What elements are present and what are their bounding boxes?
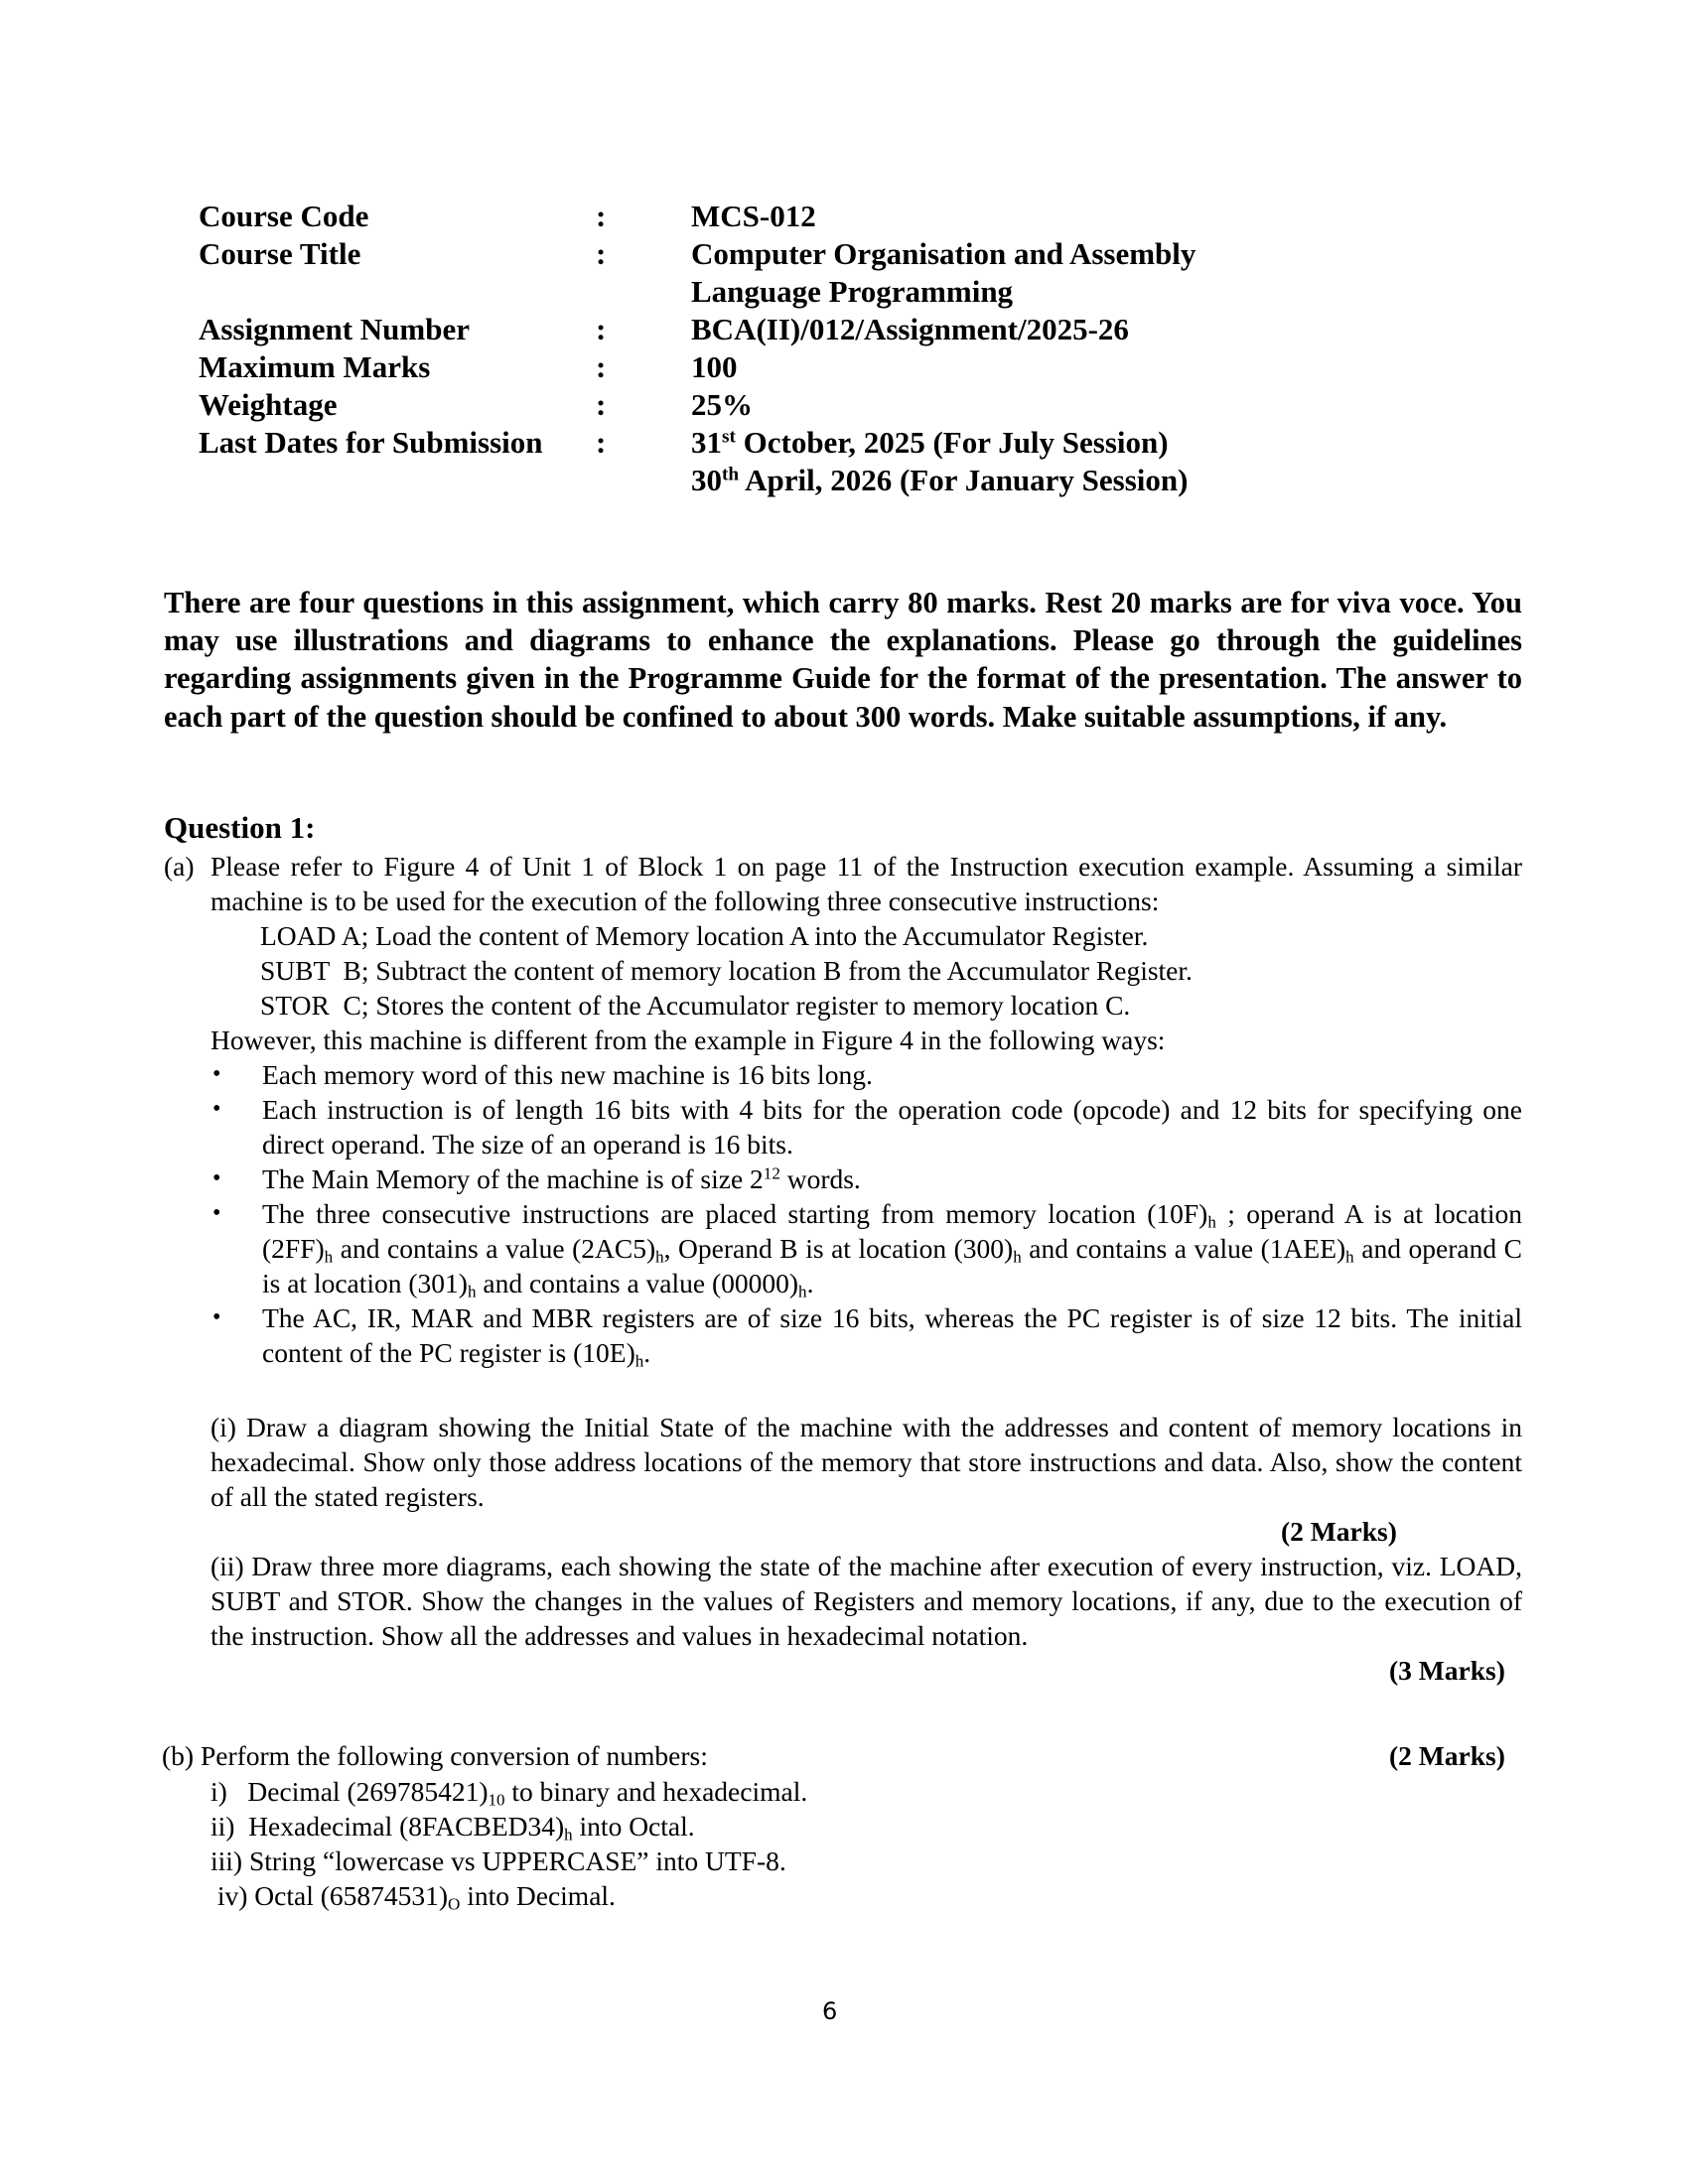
hex-subscript: h (655, 1247, 664, 1266)
maximum-marks-value: 100 (691, 348, 738, 386)
assignment-number-value: BCA(II)/012/Assignment/2025-26 (691, 311, 1129, 348)
date-rest: October, 2025 (For July Session) (736, 425, 1169, 460)
text: and contains a value (00000) (476, 1268, 798, 1298)
course-title-value: Computer Organisation and Assembly (691, 235, 1196, 273)
conversion-item-iv: iv) Octal (65874531)O into Decimal. (211, 1878, 616, 1913)
instructions-paragraph: There are four questions in this assignm… (164, 584, 1522, 736)
date-day: 31 (691, 425, 722, 460)
weightage-value: 25% (691, 386, 753, 424)
instruction-subt: SUBT B; Subtract the content of memory l… (260, 953, 1193, 988)
conversion-item-i: i) Decimal (269785421)10 to binary and h… (211, 1774, 807, 1809)
text: . (643, 1337, 650, 1368)
assignment-number-label: Assignment Number (199, 311, 470, 348)
date-rest: April, 2026 (For January Session) (739, 463, 1188, 497)
bullet-icon: • (212, 1092, 220, 1127)
colon: : (596, 424, 606, 462)
text: . (807, 1268, 814, 1298)
colon: : (596, 198, 606, 235)
date-day: 30 (691, 463, 722, 497)
part-a-marker: (a) (164, 849, 195, 884)
sub-question-i: (i) Draw a diagram showing the Initial S… (211, 1410, 1522, 1514)
colon: : (596, 311, 606, 348)
sub-question-ii-marks: (3 Marks) (1389, 1653, 1505, 1688)
text: i) Decimal (269785421) (211, 1776, 489, 1807)
colon: : (596, 348, 606, 386)
hex-subscript: h (325, 1247, 334, 1266)
part-a-intro-text: Please refer to Figure 4 of Unit 1 of Bl… (211, 851, 1522, 916)
hex-subscript: h (798, 1282, 807, 1300)
submission-date-january: 30th April, 2026 (For January Session) (691, 462, 1188, 499)
page-number: 6 (822, 1997, 837, 2025)
part-a-intro: Please refer to Figure 4 of Unit 1 of Bl… (211, 849, 1522, 918)
bullet-instruction-length: Each instruction is of length 16 bits wi… (262, 1092, 1522, 1161)
text: and contains a value (2AC5) (333, 1233, 655, 1264)
text: The three consecutive instructions are p… (262, 1198, 1207, 1229)
submission-date-july: 31st October, 2025 (For July Session) (691, 424, 1169, 462)
text: into Octal. (573, 1811, 695, 1842)
base-subscript: 10 (489, 1790, 505, 1809)
maximum-marks-label: Maximum Marks (199, 348, 430, 386)
course-code-label: Course Code (199, 198, 368, 235)
conversion-item-iii: iii) String “lowercase vs UPPERCASE” int… (211, 1843, 786, 1878)
sub-question-i-marks: (2 Marks) (1281, 1514, 1397, 1549)
hex-subscript: h (635, 1351, 644, 1370)
hex-subscript: h (1013, 1247, 1022, 1266)
course-title-value-line2: Language Programming (691, 273, 1013, 311)
bullet-main-memory: The Main Memory of the machine is of siz… (262, 1161, 1522, 1196)
submission-dates-label: Last Dates for Submission (199, 424, 543, 462)
bullet-memory-word: Each memory word of this new machine is … (262, 1057, 1522, 1092)
text: into Decimal. (460, 1880, 616, 1911)
sub-question-ii: (ii) Draw three more diagrams, each show… (211, 1549, 1522, 1653)
text: The Main Memory of the machine is of siz… (262, 1163, 764, 1194)
colon: : (596, 386, 606, 424)
exponent: 12 (764, 1164, 780, 1183)
hex-subscript: h (1207, 1212, 1216, 1231)
instruction-stor: STOR C; Stores the content of the Accumu… (260, 988, 1130, 1023)
part-b-intro: (b) Perform the following conversion of … (162, 1738, 708, 1773)
question-1-title: Question 1: (164, 810, 315, 846)
bullet-memory-locations: The three consecutive instructions are p… (262, 1196, 1522, 1300)
weightage-label: Weightage (199, 386, 338, 424)
text: to binary and hexadecimal. (505, 1776, 808, 1807)
base-subscript: h (564, 1825, 573, 1843)
text: iv) Octal (65874531) (211, 1880, 448, 1911)
instruction-load: LOAD A; Load the content of Memory locat… (260, 918, 1148, 953)
differences-intro: However, this machine is different from … (211, 1023, 1165, 1057)
text: words. (780, 1163, 861, 1194)
bullet-icon: • (212, 1300, 220, 1335)
course-code-value: MCS-012 (691, 198, 816, 235)
conversion-item-ii: ii) Hexadecimal (8FACBED34)h into Octal. (211, 1809, 695, 1843)
bullet-icon: • (212, 1161, 220, 1196)
bullet-registers: The AC, IR, MAR and MBR registers are of… (262, 1300, 1522, 1370)
base-subscript: O (448, 1894, 460, 1913)
bullet-icon: • (212, 1196, 220, 1231)
ordinal-suffix: th (722, 464, 739, 484)
text: and contains a value (1AEE) (1022, 1233, 1345, 1264)
part-b-marks: (2 Marks) (1389, 1738, 1505, 1773)
text: ii) Hexadecimal (8FACBED34) (211, 1811, 564, 1842)
course-title-label: Course Title (199, 235, 360, 273)
text: The AC, IR, MAR and MBR registers are of… (262, 1302, 1522, 1368)
text: , Operand B is at location (300) (664, 1233, 1014, 1264)
ordinal-suffix: st (722, 426, 736, 447)
bullet-icon: • (212, 1057, 220, 1092)
hex-subscript: h (1345, 1247, 1354, 1266)
colon: : (596, 235, 606, 273)
